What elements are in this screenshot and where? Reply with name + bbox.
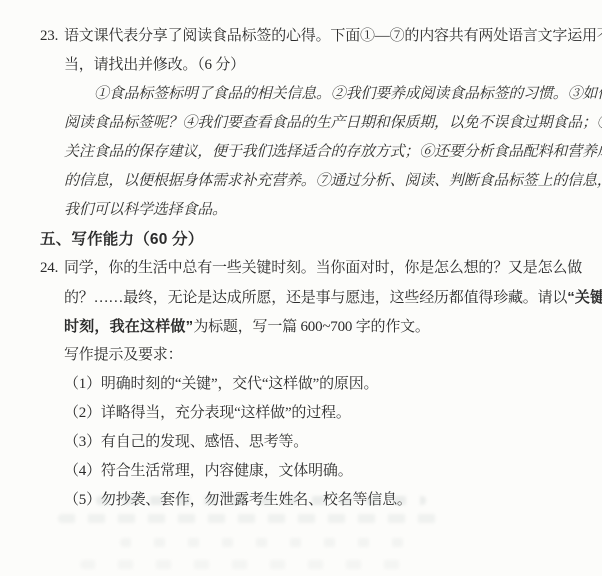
essay-title-bold-part-2: 时刻，我在这样做” bbox=[64, 318, 193, 335]
question-24-line-1: 24.同学，你的生活中总有一些关键时刻。当你面对时，你是怎么想的？又是怎么做 bbox=[0, 254, 602, 283]
question-24-text-2: 的？……最终，无论是达成所愿，还是事与愿违，这些经历都值得珍藏。请以 bbox=[64, 290, 567, 306]
hint-item-3: （3）有自己的发现、感悟、思考等。 bbox=[0, 428, 602, 457]
hint-item-4: （4）符合生活常理，内容健康，文体明确。 bbox=[0, 457, 602, 486]
question-23-text-2: 当，请找出并修改。（6 分） bbox=[64, 57, 245, 73]
passage-line-4: 的信息，以便根据身体需求补充营养。⑦通过分析、阅读、判断食品标签上的信息， bbox=[0, 167, 602, 196]
bleed-smudge-row bbox=[58, 514, 438, 523]
section-5-title-text: 五、写作能力（60 分） bbox=[40, 231, 203, 248]
passage-line-1: ①食品标签标明了食品的相关信息。②我们要养成阅读食品标签的习惯。③如何 bbox=[0, 80, 602, 109]
question-23-line-1: 23.语文课代表分享了阅读食品标签的心得。下面①—⑦的内容共有两处语言文字运用不 bbox=[0, 22, 602, 51]
passage-line-5: 我们可以科学选择食品。 bbox=[0, 196, 602, 225]
question-24-text-1: 同学，你的生活中总有一些关键时刻。当你面对时，你是怎么想的？又是怎么做 bbox=[64, 260, 582, 276]
question-23-text-1: 语文课代表分享了阅读食品标签的心得。下面①—⑦的内容共有两处语言文字运用不 bbox=[64, 28, 602, 44]
passage-text-3: 关注食品的保存建议，便于我们选择适合的存放方式；⑥还要分析食品配料和营养成分 bbox=[64, 144, 602, 160]
essay-title-bold-part-1: “关键 bbox=[567, 289, 602, 306]
question-24-line-2: 的？……最终，无论是达成所愿，还是事与愿违，这些经历都值得珍藏。请以“关键 bbox=[0, 283, 602, 312]
passage-line-3: 关注食品的保存建议，便于我们选择适合的存放方式；⑥还要分析食品配料和营养成分 bbox=[0, 138, 602, 167]
hint-item-1: （1）明确时刻的“关键”，交代“这样做”的原因。 bbox=[0, 370, 602, 399]
hint-text-3: （3）有自己的发现、感悟、思考等。 bbox=[64, 434, 308, 450]
question-24-line-3: 时刻，我在这样做”为标题，写一篇 600~700 字的作文。 bbox=[0, 312, 602, 341]
passage-line-2: 阅读食品标签呢？④我们要查看食品的生产日期和保质期，以免不误食过期食品；⑤要 bbox=[0, 109, 602, 138]
bleed-smudge-row bbox=[80, 560, 420, 569]
question-24-text-3: 为标题，写一篇 600~700 字的作文。 bbox=[193, 319, 429, 335]
hints-title: 写作提示及要求： bbox=[0, 341, 602, 370]
exam-paper-page: 23.语文课代表分享了阅读食品标签的心得。下面①—⑦的内容共有两处语言文字运用不… bbox=[0, 0, 602, 576]
hints-title-text: 写作提示及要求： bbox=[64, 347, 182, 363]
hint-text-4: （4）符合生活常理，内容健康，文体明确。 bbox=[64, 463, 353, 479]
section-5-title: 五、写作能力（60 分） bbox=[0, 225, 602, 254]
bleed-smudge-row bbox=[120, 538, 420, 547]
passage-text-2: 阅读食品标签呢？④我们要查看食品的生产日期和保质期，以免不误食过期食品；⑤要 bbox=[64, 115, 602, 131]
question-23-line-2: 当，请找出并修改。（6 分） bbox=[0, 51, 602, 80]
hint-item-2: （2）详略得当，充分表现“这样做”的过程。 bbox=[0, 399, 602, 428]
question-23-number: 23. bbox=[40, 22, 64, 51]
hint-text-1: （1）明确时刻的“关键”，交代“这样做”的原因。 bbox=[64, 376, 378, 392]
passage-text-1: ①食品标签标明了食品的相关信息。②我们要养成阅读食品标签的习惯。③如何 bbox=[94, 86, 602, 102]
hint-item-5: （5）勿抄袭、套作，勿泄露考生姓名、校名等信息。 bbox=[0, 486, 602, 515]
hint-text-5: （5）勿抄袭、套作，勿泄露考生姓名、校名等信息。 bbox=[64, 492, 412, 508]
passage-text-5: 我们可以科学选择食品。 bbox=[64, 202, 227, 218]
hint-text-2: （2）详略得当，充分表现“这样做”的过程。 bbox=[64, 405, 351, 421]
question-24-number: 24. bbox=[40, 254, 64, 283]
passage-text-4: 的信息，以便根据身体需求补充营养。⑦通过分析、阅读、判断食品标签上的信息， bbox=[64, 173, 602, 189]
